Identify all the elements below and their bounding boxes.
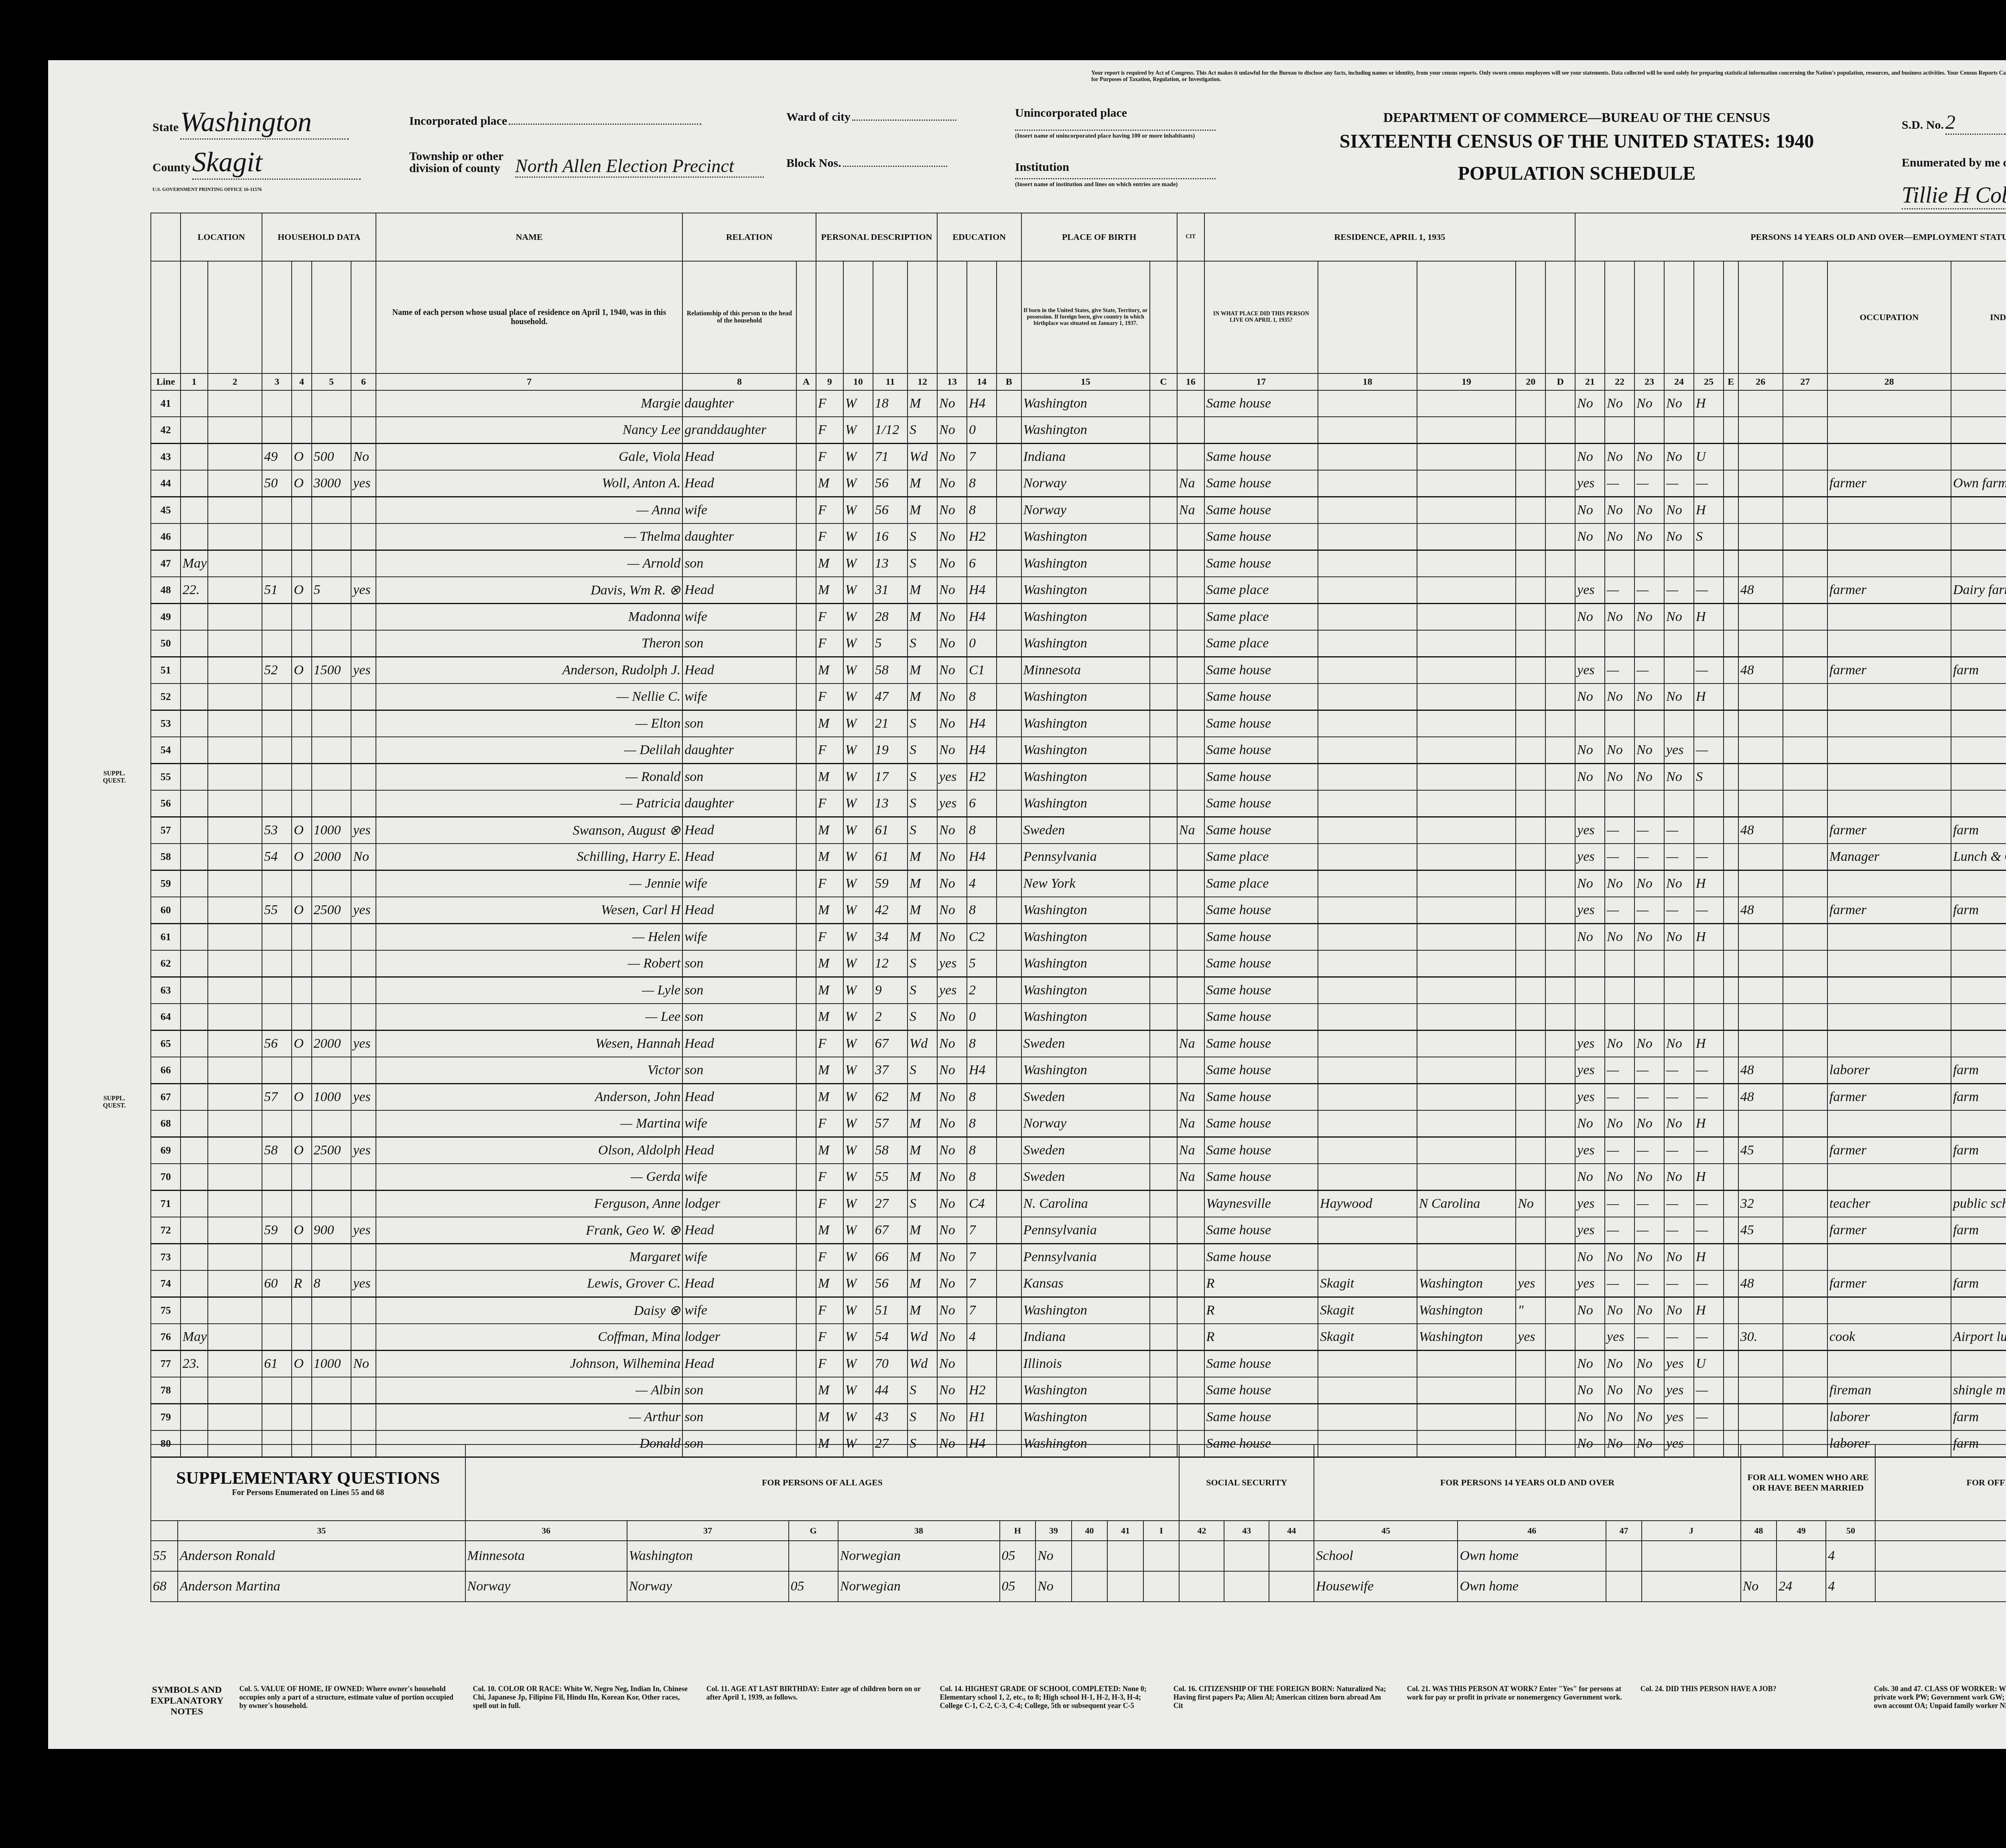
cell-code [1545,497,1575,524]
enumerated-label: Enumerated by me on [1902,156,2006,169]
cell-school: No [937,1110,967,1137]
cell-c21: No [1575,444,1605,471]
table-row: 49MadonnawifeFW28MNoH4WashingtonSame pla… [151,604,2006,631]
cell-dwelling [262,1164,292,1191]
census-title: SIXTEENTH CENSUS OF THE UNITED STATES: 1… [1236,130,1918,152]
cell-age: 5 [873,630,908,657]
col-birth-desc: If born in the United States, give State… [1021,261,1150,373]
cell-marital: M [908,390,937,417]
cell-street [181,790,208,817]
cell-industry [1951,950,2006,977]
cell-sex: F [816,417,843,444]
cell-c26 [1738,470,1783,497]
cell-code [1724,1057,1738,1084]
cell-res-city: Same house [1204,444,1318,471]
cell-sex: F [816,1351,843,1377]
cell-street [181,1270,208,1297]
cell-marital: M [908,1217,937,1244]
cell-birthplace: Indiana [1021,1324,1150,1351]
cell-res-farm [1516,630,1545,657]
cell-c24: — [1664,470,1694,497]
cell-farm: No [351,844,376,870]
cell-house [208,1324,262,1351]
cell-code [997,1244,1021,1271]
cell-occupation [1827,550,1951,577]
cell-res-state [1417,444,1516,471]
cell-code [1545,604,1575,631]
cell-birthplace: Washington [1021,390,1150,417]
column-number: 14 [967,373,997,390]
cell-birthplace: Washington [1021,630,1150,657]
cell-sex: M [816,550,843,577]
cell-code [796,924,816,951]
cell-res-farm [1516,790,1545,817]
cell-house [208,684,262,710]
cell-line: 49 [151,604,181,631]
enumerator-field: Tillie H Coble , Enumerator. [1902,183,2006,209]
unincorporated-label: Unincorporated place [1015,106,1224,120]
cell-code [796,1057,816,1084]
column-number: 10 [843,373,873,390]
cell-res-city: Same house [1204,950,1318,977]
cell-grade: 7 [967,1244,997,1271]
cell-relation: Head [682,657,796,684]
cell-c21: No [1575,523,1605,550]
cell-code [796,550,816,577]
cell-owned [292,790,311,817]
cell-code [997,577,1021,604]
cell-c22 [1605,550,1634,577]
cell-code [1783,1324,1827,1351]
cell-school: No [937,897,967,924]
supp-column-number: 39 [1035,1521,1072,1541]
cell-code [1545,764,1575,791]
cell-c21: yes [1575,657,1605,684]
cell-code [1724,497,1738,524]
cell-sex: F [816,497,843,524]
cell-citizenship: Na [1177,1084,1204,1111]
column-number: 2 [208,373,262,390]
cell-citizenship [1177,737,1204,764]
cell-race: W [843,844,873,870]
cell-citizenship: Na [1177,1110,1204,1137]
cell-c22: No [1605,523,1634,550]
cell-c24: No [1664,684,1694,710]
cell-res-city: Same house [1204,470,1318,497]
cell-industry: Dairy farm [1951,577,2006,604]
cell-farm: yes [351,1084,376,1111]
cell-house [208,897,262,924]
cell-street [181,657,208,684]
cell-code [997,870,1021,897]
cell-grade: H4 [967,604,997,631]
cell-code [1783,790,1827,817]
cell-code [1545,684,1575,710]
cell-race: W [843,1270,873,1297]
cell-relation: daughter [682,523,796,550]
supp-cell-veteran: No [1035,1571,1072,1602]
cell-code [1545,1324,1575,1351]
cell-school: No [937,577,967,604]
cell-owned [292,764,311,791]
cell-code [1783,977,1827,1004]
cell-marital: M [908,604,937,631]
cell-name: Wesen, Hannah [376,1030,682,1057]
cell-code [997,977,1021,1004]
cell-sex: F [816,523,843,550]
cell-street [181,630,208,657]
cell-marital: S [908,737,937,764]
cell-code [1783,550,1827,577]
cell-c25: U [1694,1351,1724,1377]
cell-name: — Albin [376,1377,682,1404]
cell-owned [292,1244,311,1271]
cell-marital: S [908,1004,937,1030]
cell-c23 [1634,950,1664,977]
cell-citizenship [1177,897,1204,924]
cell-grade: 7 [967,1217,997,1244]
cell-sex: M [816,577,843,604]
cell-citizenship [1177,390,1204,417]
cell-code [796,950,816,977]
cell-farm [351,390,376,417]
cell-race: W [843,924,873,951]
cell-code [997,790,1021,817]
cell-c22: — [1605,577,1634,604]
cell-c23 [1634,417,1664,444]
cell-marital: M [908,897,937,924]
cell-c25: — [1694,1270,1724,1297]
cell-birthplace: Washington [1021,924,1150,951]
citizenship-header: CIT [1177,213,1204,261]
cell-c26 [1738,1164,1783,1191]
cell-race: W [843,1244,873,1271]
cell-age: 13 [873,790,908,817]
cell-name: Anderson, Rudolph J. [376,657,682,684]
cell-res-farm [1516,710,1545,737]
cell-farm: yes [351,1217,376,1244]
cell-industry: shingle mill [1951,1377,2006,1404]
cell-res-city: Same house [1204,1137,1318,1164]
cell-res-farm [1516,924,1545,951]
cell-code [1783,737,1827,764]
cell-value [312,390,351,417]
cell-c21 [1575,1004,1605,1030]
cell-citizenship [1177,950,1204,977]
cell-code [1150,710,1177,737]
cell-race: W [843,1110,873,1137]
cell-sex: F [816,1164,843,1191]
cell-relation: wife [682,604,796,631]
cell-house [208,870,262,897]
cell-school: No [937,604,967,631]
ward-field: Ward of city [786,110,956,124]
cell-street [181,1217,208,1244]
note-col24: Col. 24. DID THIS PERSON HAVE A JOB? [1641,1685,1858,1745]
cell-farm [351,1244,376,1271]
cell-owned: O [292,1084,311,1111]
cell-street [181,950,208,977]
cell-code [796,737,816,764]
cell-grade: 7 [967,1270,997,1297]
cell-birthplace: N. Carolina [1021,1191,1150,1217]
cell-school: No [937,924,967,951]
cell-c21: yes [1575,1217,1605,1244]
cell-res-county [1318,950,1417,977]
cell-c21: No [1575,737,1605,764]
cell-code [1724,1004,1738,1030]
table-row: 7460R8yesLewis, Grover C.HeadMW56MNo7Kan… [151,1270,2006,1297]
cell-age: 9 [873,977,908,1004]
col-industry: INDUSTRY [1951,261,2006,373]
cell-code [1724,1137,1738,1164]
cell-code [1150,1191,1177,1217]
cell-school: No [937,497,967,524]
cell-code [1783,1191,1827,1217]
cell-grade: 7 [967,444,997,471]
col-res-state [1417,261,1516,373]
cell-code [1545,523,1575,550]
cell-code [1783,1057,1827,1084]
cell-code [1724,417,1738,444]
table-row: 66VictorsonMW37SNoH4WashingtonSame house… [151,1057,2006,1084]
cell-code [796,844,816,870]
department-title: DEPARTMENT OF COMMERCE—BUREAU OF THE CEN… [1236,110,1918,126]
township-label: Township or other division of county [409,150,514,174]
cell-owned [292,1004,311,1030]
cell-res-farm [1516,844,1545,870]
cell-school: No [937,1244,967,1271]
cell-name: Nancy Lee [376,417,682,444]
note-col21: Col. 21. WAS THIS PERSON AT WORK? Enter … [1407,1685,1624,1745]
cell-code [796,1084,816,1111]
cell-c25: H [1694,1164,1724,1191]
cell-farm: yes [351,470,376,497]
cell-occupation: farmer [1827,657,1951,684]
cell-race: W [843,684,873,710]
supp-cell-mother: Norway [627,1571,789,1602]
col-res-farm [1516,261,1545,373]
cell-c21: yes [1575,1084,1605,1111]
cell-line: 53 [151,710,181,737]
cell-code [796,417,816,444]
cell-grade: 8 [967,1110,997,1137]
cell-age: 55 [873,1164,908,1191]
table-row: 79— ArthursonMW43SNoH1WashingtonSame hou… [151,1404,2006,1431]
cell-house [208,657,262,684]
cell-sex: M [816,844,843,870]
cell-relation: Head [682,470,796,497]
cell-res-city: Same house [1204,1057,1318,1084]
cell-c24 [1664,417,1694,444]
cell-line: 45 [151,497,181,524]
cell-code [997,1110,1021,1137]
cell-relation: granddaughter [682,417,796,444]
cell-grade: 8 [967,1030,997,1057]
state-field: State Washington [152,106,349,140]
cell-line: 58 [151,844,181,870]
cell-house [208,924,262,951]
cell-code [1724,1270,1738,1297]
cell-dwelling [262,523,292,550]
cell-c24: No [1664,604,1694,631]
cell-res-state: N Carolina [1417,1191,1516,1217]
cell-sex: F [816,924,843,951]
fourteen-plus-header: FOR PERSONS 14 YEARS OLD AND OVER [1314,1444,1740,1521]
cell-res-farm [1516,1004,1545,1030]
cell-c21: No [1575,1297,1605,1324]
cell-c24: No [1664,523,1694,550]
cell-res-state: Washington [1417,1297,1516,1324]
cell-relation: Head [682,577,796,604]
cell-house [208,950,262,977]
cell-value: 2500 [312,897,351,924]
cell-code [1724,684,1738,710]
cell-age: 61 [873,844,908,870]
cell-citizenship [1177,604,1204,631]
cell-relation: wife [682,684,796,710]
cell-code [1150,497,1177,524]
cell-res-farm: yes [1516,1324,1545,1351]
col-25 [1694,261,1724,373]
cell-school: No [937,1164,967,1191]
enumerator-signature: Tillie H Coble [1902,183,2006,209]
cell-c23: — [1634,817,1664,844]
cell-c25: — [1694,1057,1724,1084]
cell-name: — Arnold [376,550,682,577]
cell-res-county [1318,817,1417,844]
cell-marital: S [908,417,937,444]
cell-line: 52 [151,684,181,710]
cell-value [312,1404,351,1431]
cell-res-state [1417,577,1516,604]
cell-code [1545,844,1575,870]
incorporated-place-value [509,124,701,125]
cell-occupation [1827,604,1951,631]
cell-house [208,710,262,737]
cell-occupation [1827,924,1951,951]
cell-c24: — [1664,1137,1694,1164]
cell-age: 19 [873,737,908,764]
cell-owned: O [292,897,311,924]
cell-res-state [1417,1217,1516,1244]
cell-race: W [843,710,873,737]
block-label: Block Nos. [786,156,841,170]
cell-grade: H1 [967,1404,997,1431]
cell-owned [292,630,311,657]
cell-c23: — [1634,1217,1664,1244]
column-number: 5 [312,373,351,390]
cell-birthplace: Washington [1021,523,1150,550]
cell-code [1545,630,1575,657]
cell-res-state [1417,1030,1516,1057]
cell-owned: O [292,1351,311,1377]
cell-c24: yes [1664,1404,1694,1431]
cell-sex: M [816,817,843,844]
cell-relation: Head [682,844,796,870]
col-race [843,261,873,373]
cell-res-farm [1516,1404,1545,1431]
cell-dwelling [262,604,292,631]
col-relation-desc: Relationship of this person to the head … [682,261,796,373]
supp-cell-empty [1179,1571,1224,1602]
column-number: 9 [816,373,843,390]
cell-code [1724,1191,1738,1217]
cell-res-state: Washington [1417,1324,1516,1351]
cell-code [1150,657,1177,684]
cell-house [208,1244,262,1271]
cell-code [1724,577,1738,604]
cell-res-farm [1516,1217,1545,1244]
cell-school: No [937,550,967,577]
cell-code [997,470,1021,497]
cell-race: W [843,1030,873,1057]
cell-owned: R [292,1270,311,1297]
column-number: 1 [181,373,208,390]
cell-name: Ferguson, Anne [376,1191,682,1217]
cell-res-county: Skagit [1318,1324,1417,1351]
cell-relation: Head [682,1030,796,1057]
cell-c26 [1738,764,1783,791]
cell-c23: No [1634,924,1664,951]
cell-street [181,1191,208,1217]
cell-name: — Thelma [376,523,682,550]
cell-marital: S [908,977,937,1004]
cell-res-county [1318,1351,1417,1377]
cell-code [1724,1377,1738,1404]
cell-citizenship: Na [1177,497,1204,524]
column-number: 19 [1417,373,1516,390]
cell-line: 63 [151,977,181,1004]
col-occupation: OCCUPATION [1827,261,1951,373]
cell-res-city: R [1204,1297,1318,1324]
cell-c24: No [1664,1164,1694,1191]
cell-birthplace: Sweden [1021,1164,1150,1191]
col-sex [816,261,843,373]
cell-code [1150,470,1177,497]
cell-grade: H4 [967,844,997,870]
cell-c25: — [1694,577,1724,604]
cell-res-city: Same house [1204,1217,1318,1244]
social-security-header: SOCIAL SECURITY [1179,1444,1314,1521]
cell-industry [1951,684,2006,710]
cell-marital: M [908,684,937,710]
cell-name: Johnson, Wilhemina [376,1351,682,1377]
cell-code [796,1110,816,1137]
cell-code [997,684,1021,710]
supp-column-number: I [1143,1521,1180,1541]
cell-res-farm [1516,1110,1545,1137]
cell-value: 1500 [312,657,351,684]
cell-school: No [937,1004,967,1030]
cell-res-city: Same house [1204,924,1318,951]
cell-grade: H4 [967,710,997,737]
cell-school: No [937,1270,967,1297]
cell-birthplace: Norway [1021,497,1150,524]
cell-school: No [937,1137,967,1164]
cell-name: Victor [376,1057,682,1084]
supp-column-number: G [789,1521,838,1541]
ward-label: Ward of city [786,110,851,124]
cell-c24: — [1664,1057,1694,1084]
cell-c22: — [1605,1137,1634,1164]
cell-house [208,1110,262,1137]
cell-dwelling [262,977,292,1004]
cell-code [997,390,1021,417]
cell-birthplace: Washington [1021,1377,1150,1404]
cell-citizenship [1177,657,1204,684]
cell-age: 43 [873,1404,908,1431]
